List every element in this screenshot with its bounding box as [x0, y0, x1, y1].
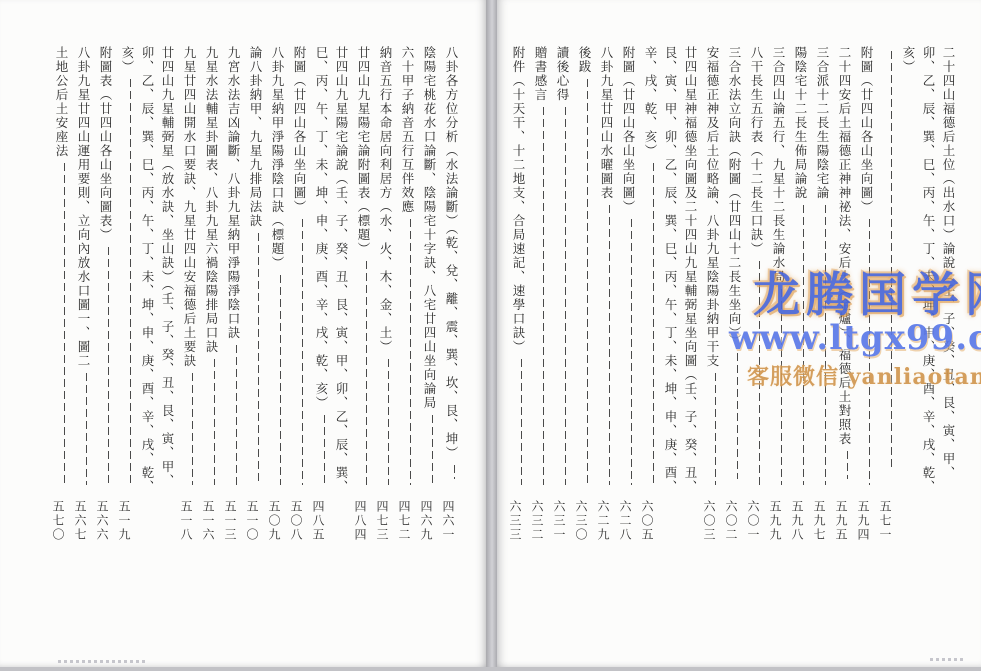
- dotted-leader: [847, 451, 848, 479]
- toc-entry-title: 二十四安后土福德正神神祕法、安后土（金爐）、福德后土對照表: [834, 46, 854, 494]
- toc-entry-page-number: 四八四: [353, 500, 367, 548]
- dotted-leader: [653, 163, 654, 485]
- toc-entry-page-number: 五九八: [790, 500, 804, 548]
- dotted-leader: [410, 219, 411, 485]
- toc-entry: 附圖（廿四山各山坐向圖）五九四: [856, 46, 876, 548]
- dotted-leader: [521, 359, 522, 485]
- toc-entry-title: 八卦各方位分析（水法論斷）（乾、兌、離、震、巽、坎、艮、坤）: [441, 46, 461, 494]
- toc-entry-title: 八卦九星廿四山水曜圖表: [596, 46, 616, 494]
- toc-entry-title: 廿四山九星陽宅論附圖表（標題）: [353, 46, 373, 494]
- toc-entry: 三合水法立向訣（附圖（廿四山十二長生坐向））六〇二: [724, 46, 744, 548]
- dotted-leader: [565, 107, 566, 485]
- dotted-leader: [781, 289, 782, 485]
- book-spread: 八卦各方位分析（水法論斷）（乾、兌、離、震、巽、坎、艮、坤）四六一陰陽宅桃花水口…: [0, 0, 981, 671]
- toc-entry-page-number: 六〇三: [702, 500, 716, 548]
- toc-entry: 八卦九星廿四山水曜圖表六二九: [596, 46, 616, 548]
- dotted-leader: [108, 247, 109, 485]
- toc-entry-page-number: 四七三: [375, 500, 389, 548]
- toc-entry-title: 廿四山九星陽宅論說（壬、子、癸、丑、艮、寅、甲、卯、乙、辰、巽、巳、丙、午、丁、…: [311, 46, 351, 494]
- left-page: 八卦各方位分析（水法論斷）（乾、兌、離、震、巽、坎、艮、坤）四六一陰陽宅桃花水口…: [0, 0, 486, 667]
- toc-entry-page-number: 六二九: [596, 500, 610, 548]
- toc-entry: 八卦九星納甲淨陽淨陰口訣（標題）五〇九: [267, 46, 287, 548]
- dotted-leader: [609, 205, 610, 485]
- dotted-leader: [454, 465, 455, 479]
- dotted-leader: [891, 51, 892, 471]
- toc-entry-title: 讀後心得: [552, 46, 572, 494]
- toc-entry-title: 三合派十二長生陽陰宅論: [812, 46, 832, 494]
- dotted-leader: [715, 373, 716, 485]
- dotted-leader: [543, 107, 544, 485]
- toc-entry-page-number: 五一三: [223, 500, 237, 548]
- dotted-leader: [631, 219, 632, 485]
- toc-entry-title: 二十四山福德后土位（出水口）論說（壬、子、癸、丑、艮、寅、甲、卯、乙、辰、巽、巳…: [878, 46, 958, 494]
- toc-entry: 九星水法輔星卦圖表、八卦九星六禍陰陽排局口訣五一六: [201, 46, 221, 548]
- toc-entry-page-number: 五六七: [73, 500, 87, 548]
- toc-entry-page-number: 四六一: [441, 500, 455, 548]
- toc-entry: 八卦九星廿四山運用要則、立向內放水口圖一、圖二五六七: [73, 46, 93, 548]
- toc-entry-title: 陽陰宅十二長生佈局論說: [790, 46, 810, 494]
- toc-entry-title: 三合四山論五行、九星十二長生論水局: [768, 46, 788, 494]
- toc-entry-page-number: 五九四: [856, 500, 870, 548]
- toc-entry-title: 八卦九星廿四山運用要則、立向內放水口圖一、圖二: [73, 46, 93, 494]
- toc-entry-title: 附圖（廿四山各山坐向圖）: [618, 46, 638, 494]
- toc-entry: 廿四山星神福德坐向圖及二十四山九星輔弼星坐向圖（壬、子、癸、丑、艮、寅、甲、卯、…: [640, 46, 700, 548]
- toc-entry-title: 附件（十天干、十二地支、合局速記、速學口訣）: [508, 46, 528, 494]
- toc-entry: 三合派十二長生陽陰宅論五九七: [812, 46, 832, 548]
- toc-entry-page-number: 五六六: [95, 500, 109, 548]
- toc-entry-page-number: 六二八: [618, 500, 632, 548]
- toc-entry-title: 附圖（廿四山各山坐向圖）: [856, 46, 876, 494]
- toc-entry-page-number: 五一九: [117, 500, 131, 548]
- dotted-leader: [388, 359, 389, 485]
- toc-entry-title: 六十甲子納音五行互伴效應: [397, 46, 417, 494]
- toc-entry-title: 八卦九星納甲淨陽淨陰口訣（標題）: [267, 46, 287, 494]
- dotted-leader: [825, 205, 826, 485]
- dotted-leader: [432, 415, 433, 485]
- toc-entry-page-number: 五九九: [768, 500, 782, 548]
- toc-entry-page-number: 四七二: [397, 500, 411, 548]
- toc-entry-page-number: 六三〇: [574, 500, 588, 548]
- right-page-toc: 二十四山福德后土位（出水口）論說（壬、子、癸、丑、艮、寅、甲、卯、乙、辰、巽、巳…: [505, 46, 959, 653]
- toc-entry: 附圖表（廿四山各山坐向圖表）五六六: [95, 46, 115, 548]
- toc-entry: 陰陽宅桃花水口論斷、陰陽宅十字訣、八宅廿四山坐向論局四六九: [419, 46, 439, 548]
- dotted-leader: [587, 79, 588, 485]
- toc-entry-page-number: 六〇二: [724, 500, 738, 548]
- dotted-leader: [64, 163, 65, 485]
- dotted-leader: [324, 415, 325, 485]
- toc-entry-title: 納音五行本命居向利居方（水、火、木、金、土）: [375, 46, 395, 494]
- dotted-leader: [759, 261, 760, 485]
- dotted-leader: [258, 233, 259, 485]
- toc-entry: 納音五行本命居向利居方（水、火、木、金、土）四七三: [375, 46, 395, 548]
- toc-entry: 後跋六三〇: [574, 46, 594, 548]
- toc-entry-page-number: 五九七: [812, 500, 826, 548]
- toc-entry-title: 土地公后土安座法: [51, 46, 71, 494]
- dotted-leader: [214, 359, 215, 485]
- left-page-toc: 八卦各方位分析（水法論斷）（乾、兌、離、震、巽、坎、艮、坤）四六一陰陽宅桃花水口…: [8, 46, 462, 653]
- toc-entry-page-number: 六三一: [552, 500, 566, 548]
- toc-entry-title: 安福德正神及后土位略論、八卦九星陰陽卦納甲干支: [702, 46, 722, 494]
- toc-entry-page-number: 五七一: [878, 500, 892, 548]
- page-gutter: [486, 0, 497, 671]
- toc-entry-title: 三合水法立向訣（附圖（廿四山十二長生坐向））: [724, 46, 744, 494]
- toc-entry-title: 九星廿四山開水口要訣、九星廿四山安福德后土要訣: [179, 46, 199, 494]
- toc-entry-title: 陰陽宅桃花水口論斷、陰陽宅十字訣、八宅廿四山坐向論局: [419, 46, 439, 494]
- toc-entry: 廿四山九星陽宅論說（壬、子、癸、丑、艮、寅、甲、卯、乙、辰、巽、巳、丙、午、丁、…: [311, 46, 351, 548]
- toc-entry-page-number: 五九五: [834, 500, 848, 548]
- dotted-leader: [803, 205, 804, 485]
- toc-entry-title: 後跋: [574, 46, 594, 494]
- dotted-leader: [192, 373, 193, 485]
- toc-entry-page-number: 五一〇: [245, 500, 259, 548]
- dotted-leader: [737, 353, 738, 479]
- micro-footer-smudge-right: [930, 658, 964, 661]
- toc-entry-title: 附圖（廿四山各山坐向圖）: [289, 46, 309, 494]
- dotted-leader: [280, 275, 281, 485]
- toc-entry-page-number: 五〇八: [289, 500, 303, 548]
- toc-entry-page-number: 五一六: [201, 500, 215, 548]
- toc-entry-page-number: 四六九: [419, 500, 433, 548]
- dotted-leader: [130, 79, 131, 485]
- toc-entry: 論八卦納甲、九星九排局法訣五一〇: [245, 46, 265, 548]
- scan-bottom-edge: [0, 667, 981, 671]
- toc-entry: 安福德正神及后土位略論、八卦九星陰陽卦納甲干支六〇三: [702, 46, 722, 548]
- toc-entry-title: 八干長生五行表（十二長生口訣）: [746, 46, 766, 494]
- toc-entry: 九星廿四山開水口要訣、九星廿四山安福德后土要訣五一八: [179, 46, 199, 548]
- dotted-leader: [366, 261, 367, 485]
- toc-entry: 土地公后土安座法五七〇: [51, 46, 71, 548]
- toc-entry-title: 廿四山星神福德坐向圖及二十四山九星輔弼星坐向圖（壬、子、癸、丑、艮、寅、甲、卯、…: [640, 46, 700, 494]
- toc-entry: 六十甲子納音五行互伴效應四七二: [397, 46, 417, 548]
- toc-entry-page-number: 五〇九: [267, 500, 281, 548]
- toc-entry: 三合四山論五行、九星十二長生論水局五九九: [768, 46, 788, 548]
- toc-entry: 二十四山福德后土位（出水口）論說（壬、子、癸、丑、艮、寅、甲、卯、乙、辰、巽、巳…: [878, 46, 958, 548]
- dotted-leader: [236, 345, 237, 485]
- toc-entry: 附件（十天干、十二地支、合局速記、速學口訣）六三三: [508, 46, 528, 548]
- dotted-leader: [86, 373, 87, 485]
- toc-entry: 八卦各方位分析（水法論斷）（乾、兌、離、震、巽、坎、艮、坤）四六一: [441, 46, 461, 548]
- dotted-leader: [302, 219, 303, 485]
- toc-entry-title: 廿四山九星輔弼星（放水訣、坐山訣）（壬、子、癸、丑、艮、寅、甲、卯、乙、辰、巽、…: [117, 46, 177, 494]
- dotted-leader: [869, 219, 870, 485]
- toc-entry: 附圖（廿四山各山坐向圖）五〇八: [289, 46, 309, 548]
- toc-entry-title: 論八卦納甲、九星九排局法訣: [245, 46, 265, 494]
- toc-entry: 贈書感言六三二: [530, 46, 550, 548]
- toc-entry: 陽陰宅十二長生佈局論說五九八: [790, 46, 810, 548]
- toc-entry-title: 附圖表（廿四山各山坐向圖表）: [95, 46, 115, 494]
- toc-entry: 附圖（廿四山各山坐向圖）六二八: [618, 46, 638, 548]
- toc-entry-page-number: 六〇一: [746, 500, 760, 548]
- toc-entry-page-number: 五七〇: [51, 500, 65, 548]
- toc-entry: 讀後心得六三一: [552, 46, 572, 548]
- toc-entry-title: 九星水法輔星卦圖表、八卦九星六禍陰陽排局口訣: [201, 46, 221, 494]
- micro-footer-smudge-left: [58, 660, 146, 663]
- toc-entry-page-number: 六〇五: [640, 500, 654, 548]
- right-page: 二十四山福德后土位（出水口）論說（壬、子、癸、丑、艮、寅、甲、卯、乙、辰、巽、巳…: [497, 0, 981, 667]
- toc-entry: 二十四安后土福德正神神祕法、安后土（金爐）、福德后土對照表五九五: [834, 46, 854, 548]
- toc-entry: 八干長生五行表（十二長生口訣）六〇一: [746, 46, 766, 548]
- toc-entry-title: 九宮水法吉凶論斷、八卦九星納甲淨陽淨陰口訣: [223, 46, 243, 494]
- toc-entry: 九宮水法吉凶論斷、八卦九星納甲淨陽淨陰口訣五一三: [223, 46, 243, 548]
- toc-entry: 廿四山九星陽宅論附圖表（標題）四八四: [353, 46, 373, 548]
- toc-entry-page-number: 五一八: [179, 500, 193, 548]
- toc-entry-page-number: 六三三: [508, 500, 522, 548]
- toc-entry-page-number: 六三二: [530, 500, 544, 548]
- toc-entry-page-number: 四八五: [311, 500, 325, 548]
- toc-entry-title: 贈書感言: [530, 46, 550, 494]
- toc-entry: 廿四山九星輔弼星（放水訣、坐山訣）（壬、子、癸、丑、艮、寅、甲、卯、乙、辰、巽、…: [117, 46, 177, 548]
